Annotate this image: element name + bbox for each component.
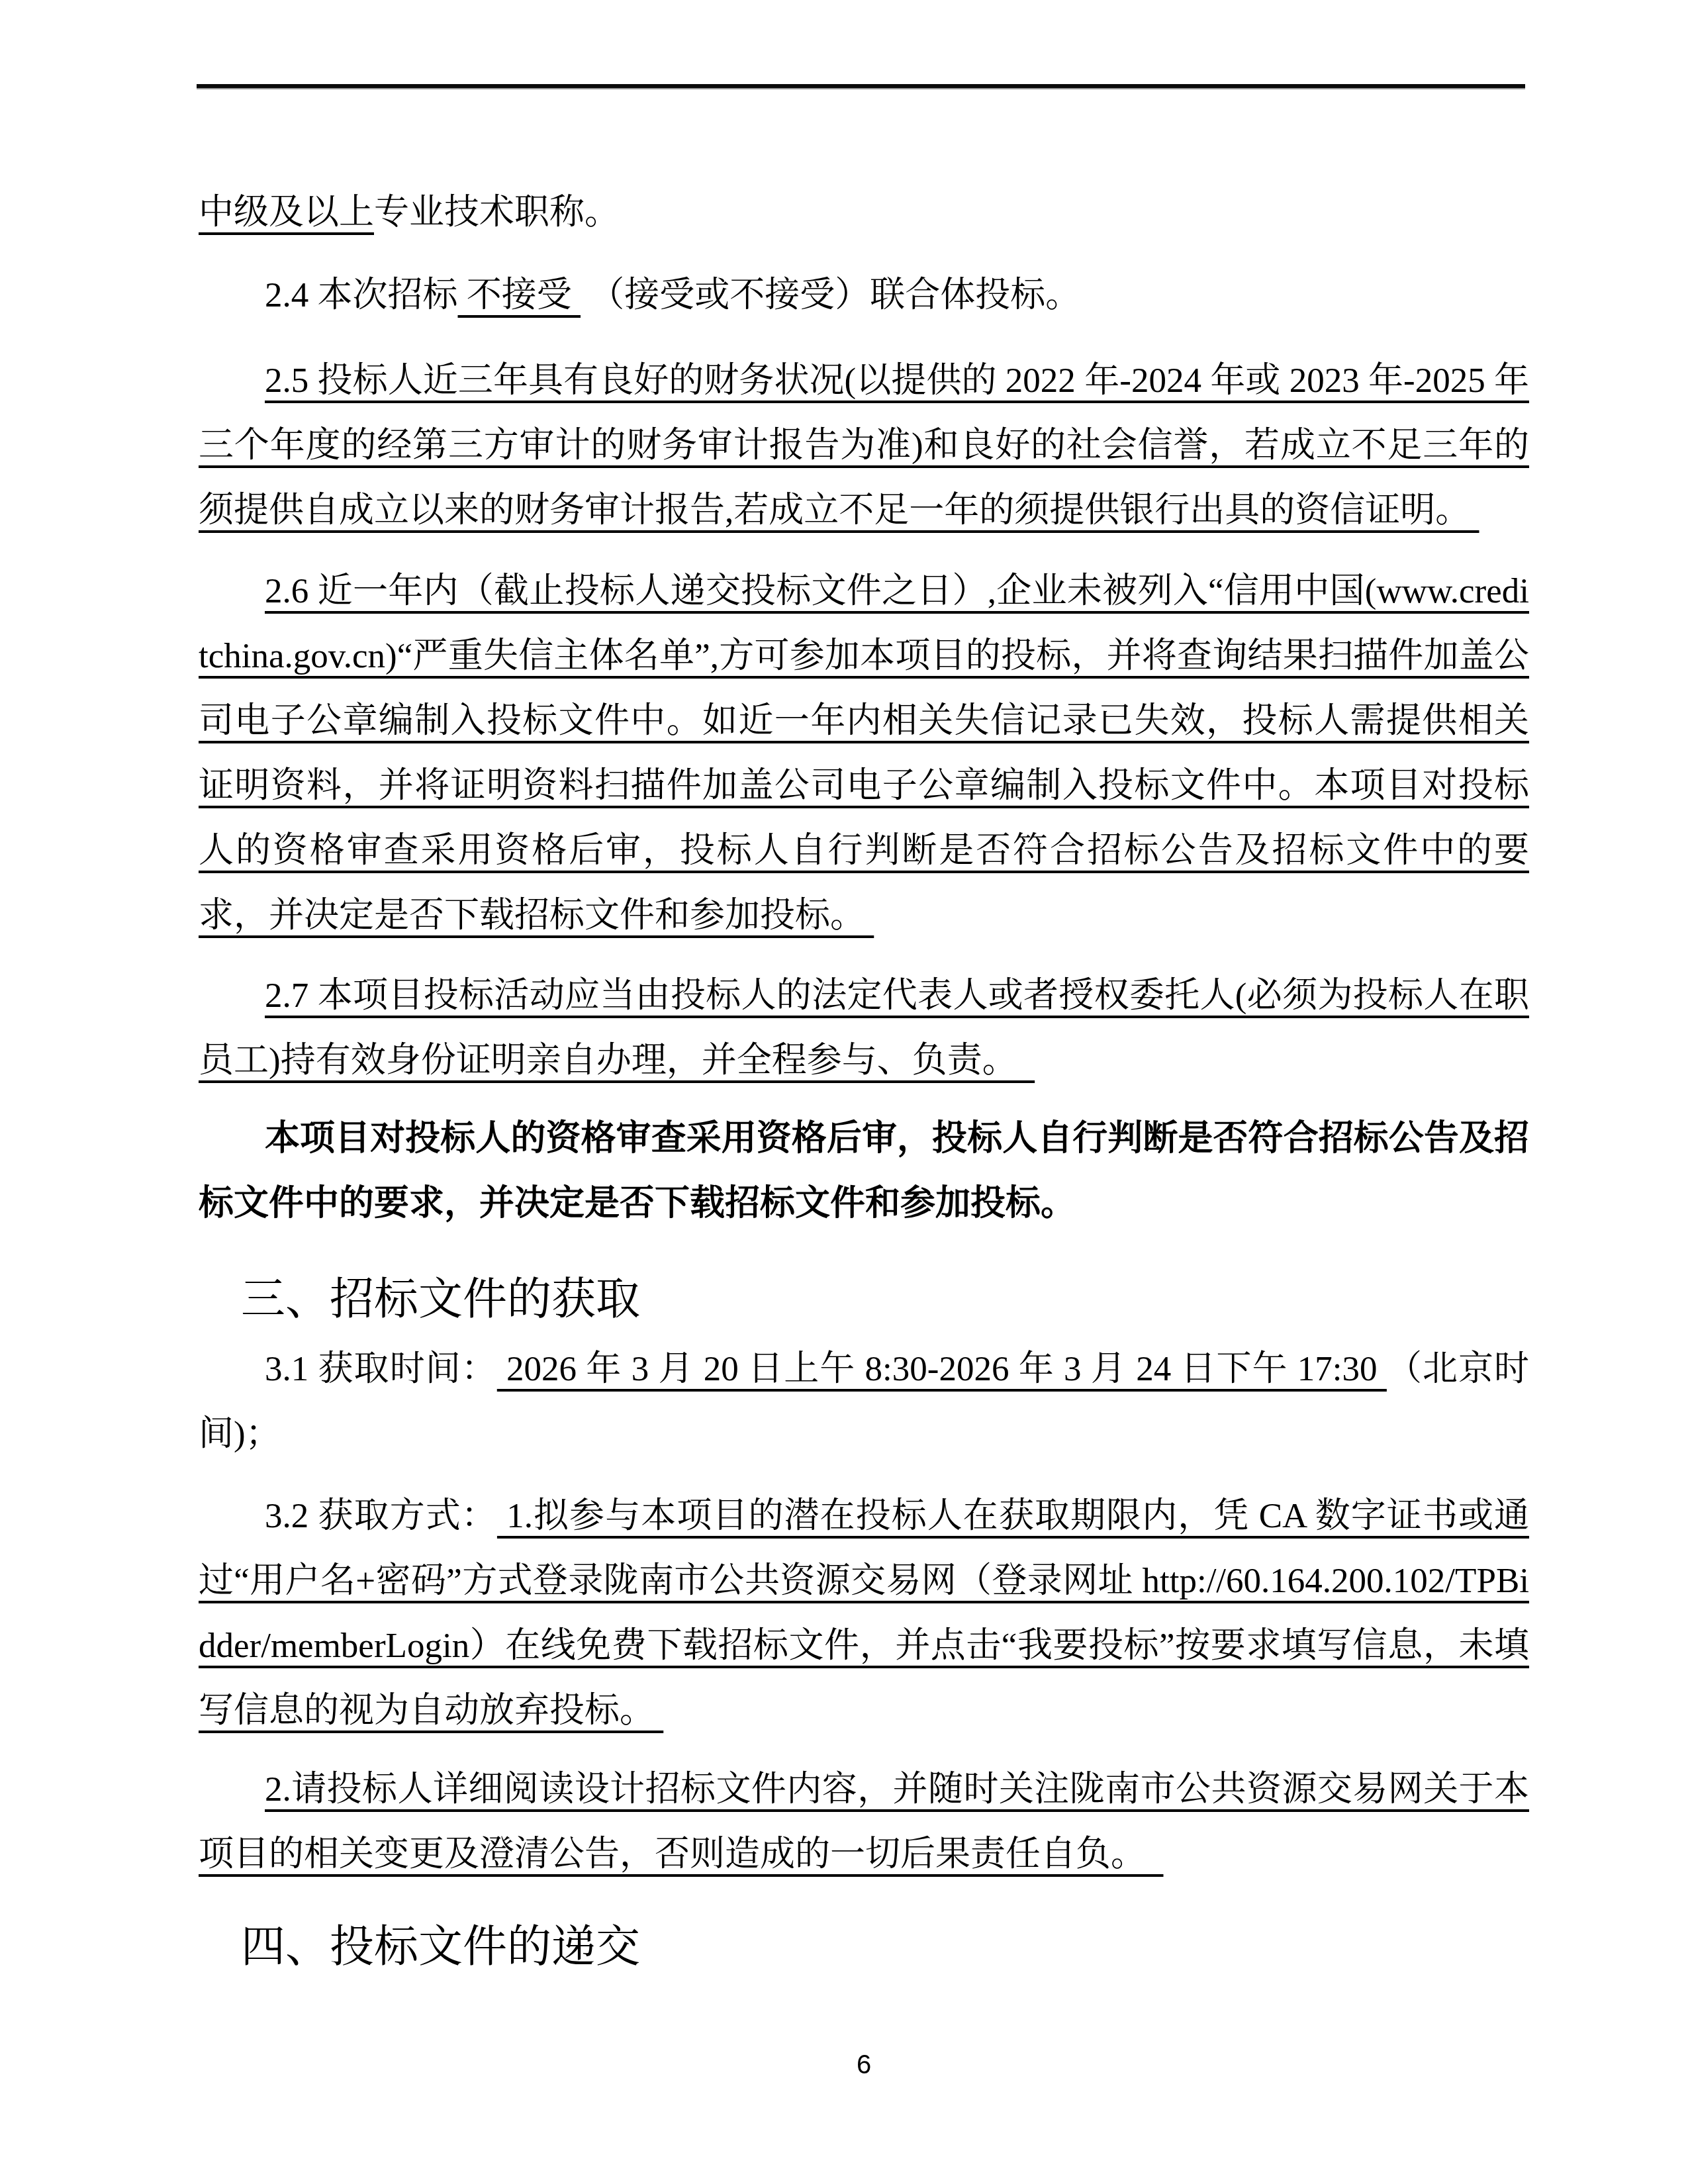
paragraph-continued-qualification: 中级及以上专业技术职称。 — [199, 180, 1529, 245]
underlined-text-run: 2.请投标人详细阅读设计招标文件内容，并随时关注陇南市公共资源交易网关于本项目的… — [199, 1770, 1529, 1874]
text-run: 本项目对投标人的资格审查采用资格后审，投标人自行判断是否符合招标公告及招标文件中… — [199, 1119, 1529, 1223]
paragraph-2-4: 2.4 本次招标 不接受 （接受或不接受）联合体投标。 — [199, 263, 1529, 328]
paragraph-3-2-note: 2.请投标人详细阅读设计招标文件内容，并随时关注陇南市公共资源交易网关于本项目的… — [199, 1757, 1529, 1887]
header-rule — [197, 84, 1525, 89]
underlined-text-run: 不接受 — [458, 276, 581, 314]
underlined-text-run: 2.7 本项目投标活动应当由投标人的法定代表人或者授权委托人(必须为投标人在职员… — [199, 976, 1529, 1080]
paragraph-2-6: 2.6 近一年内（截止投标人递交投标文件之日）,企业未被列入“信用中国(www.… — [199, 559, 1529, 948]
paragraph-2-7: 2.7 本项目投标活动应当由投标人的法定代表人或者授权委托人(必须为投标人在职员… — [199, 963, 1529, 1093]
text-run: 专业技术职称。 — [374, 193, 620, 232]
text-run: 3.1 获取时间： — [265, 1350, 497, 1388]
text-run: 四、投标文件的递交 — [241, 1923, 640, 1971]
paragraph-3-1: 3.1 获取时间： 2026 年 3 月 20 日上午 8:30-2026 年 … — [199, 1337, 1529, 1466]
paragraph-3-2: 3.2 获取方式： 1.拟参与本项目的潜在投标人在获取期限内，凭 CA 数字证书… — [199, 1484, 1529, 1743]
page-number: 6 — [199, 2049, 1529, 2081]
underlined-text-run: 2.5 投标人近三年具有良好的财务状况(以提供的 2022 年-2024 年或 … — [199, 361, 1529, 530]
text-run: 3.2 获取方式： — [265, 1497, 497, 1535]
underlined-text-run: 中级及以上 — [199, 193, 374, 232]
text-run: 三、招标文件的获取 — [241, 1275, 640, 1324]
underlined-text-run: 2.6 近一年内（截止投标人递交投标文件之日）,企业未被列入“信用中国(www.… — [199, 572, 1529, 935]
paragraph-qualification-review-bold: 本项目对投标人的资格审查采用资格后审，投标人自行判断是否符合招标公告及招标文件中… — [199, 1106, 1529, 1236]
document-body: 中级及以上专业技术职称。2.4 本次招标 不接受 （接受或不接受）联合体投标。2… — [199, 180, 1529, 1979]
text-run: （接受或不接受）联合体投标。 — [581, 276, 1080, 314]
paragraph-section-3-heading: 三、招标文件的获取 — [199, 1268, 1529, 1331]
paragraph-2-5: 2.5 投标人近三年具有良好的财务状况(以提供的 2022 年-2024 年或 … — [199, 348, 1529, 543]
text-run: 2.4 本次招标 — [265, 276, 458, 314]
document-page: 中级及以上专业技术职称。2.4 本次招标 不接受 （接受或不接受）联合体投标。2… — [0, 0, 1688, 2184]
underlined-text-run: 2026 年 3 月 20 日上午 8:30-2026 年 3 月 24 日下午… — [497, 1350, 1387, 1388]
paragraph-section-4-heading: 四、投标文件的递交 — [199, 1915, 1529, 1979]
